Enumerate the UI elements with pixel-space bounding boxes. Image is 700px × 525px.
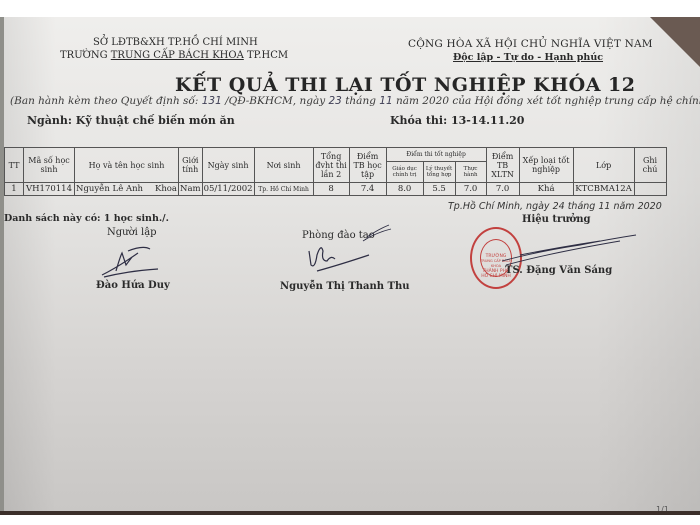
- cell-tt: 1: [5, 183, 24, 196]
- place-date: Tp.Hồ Chí Minh, ngày 24 tháng 11 năm 202…: [448, 201, 662, 212]
- header-full-name: Họ và tên học sinh: [75, 148, 179, 183]
- school-prefix: TRƯỜNG: [60, 50, 111, 61]
- principal-title: Hiệu trưởng: [522, 214, 590, 225]
- header-student-id: Mã số học sinh: [24, 148, 75, 183]
- preparer-signature-icon: [98, 245, 160, 279]
- document-title: KẾT QUẢ THI LẠI TỐT NGHIỆP KHÓA 12: [175, 74, 636, 96]
- cell-dob: 05/11/2002: [202, 183, 254, 196]
- header-birthplace: Nơi sinh: [254, 148, 313, 183]
- school-name-underlined: TRUNG CẤP BÁCH KHOA: [111, 50, 244, 61]
- cell-full-name: Nguyễn Lê AnhKhoa: [75, 183, 179, 196]
- header-avg: Điểm TB XLTN: [486, 148, 519, 183]
- cell-student-id: VH170114: [24, 183, 75, 196]
- cell-exam-politics: 8.0: [386, 183, 423, 196]
- preparer-title: Người lập: [107, 227, 157, 238]
- folded-corner: [650, 17, 700, 67]
- subtitle-part: năm 2020 của Hội đồng xét tốt nghiệp tru…: [393, 95, 700, 107]
- cell-avg: 7.0: [486, 183, 519, 196]
- table-row: 1 VH170114 Nguyễn Lê AnhKhoa Nam 05/11/2…: [5, 183, 667, 196]
- decision-number: 131: [202, 95, 222, 107]
- subtitle-part: /QĐ-BKHCM, ngày: [222, 95, 329, 107]
- cell-gpa: 7.4: [349, 183, 386, 196]
- header-exam-group: Điểm thi tốt nghiệp: [386, 148, 486, 162]
- ministry-name: SỞ LĐTB&XH TP.HỒ CHÍ MINH: [93, 37, 258, 48]
- header-exam-practice: Thực hành: [455, 162, 486, 183]
- place-year: năm 2020: [610, 201, 661, 212]
- school-name: TRƯỜNG TRUNG CẤP BÁCH KHOA TP.HCM: [60, 50, 288, 61]
- training-dept-signature-icon: [305, 215, 395, 287]
- national-motto: Độc lập - Tự do - Hạnh phúc: [453, 52, 603, 63]
- cell-note: [634, 183, 666, 196]
- cell-exam-theory: 5.5: [423, 183, 455, 196]
- place-month-prefix: tháng: [565, 201, 599, 212]
- cell-class: KTCBMA12A: [573, 183, 634, 196]
- header-credits: Tổng đvht thi lần 2: [313, 148, 349, 183]
- header-gender: Giới tính: [179, 148, 203, 183]
- header-exam-theory: Lý thuyết tổng hợp: [423, 162, 455, 183]
- exam-course-label: Khóa thi: 13-14.11.20: [390, 114, 524, 127]
- header-exam-politics: Giáo dục chính trị: [386, 162, 423, 183]
- cell-birthplace: Tp. Hồ Chí Minh: [254, 183, 313, 196]
- cell-exam-practice: 7.0: [455, 183, 486, 196]
- paper-left-edge: [0, 17, 4, 511]
- school-suffix: TP.HCM: [244, 50, 288, 61]
- header-rank: Xếp loại tốt nghiệp: [519, 148, 573, 183]
- cell-first-name: Khoa: [155, 184, 177, 194]
- major-label: Ngành: Kỹ thuật chế biến món ăn: [27, 114, 235, 127]
- header-gpa: Điểm TB học tập: [349, 148, 386, 183]
- nation-title: CỘNG HÒA XÃ HỘI CHỦ NGHĨA VIỆT NAM: [408, 38, 653, 50]
- subtitle-part: (Ban hành kèm theo Quyết định số:: [10, 95, 202, 107]
- cell-gender: Nam: [179, 183, 203, 196]
- student-count: Danh sách này có: 1 học sinh./.: [4, 213, 169, 224]
- preparer-name: Đào Hứa Duy: [96, 280, 170, 291]
- header-tt: TT: [5, 148, 24, 183]
- place-day: 24: [553, 201, 565, 212]
- header-dob: Ngày sinh: [202, 148, 254, 183]
- cell-credits: 8: [313, 183, 349, 196]
- results-table: TT Mã số học sinh Họ và tên học sinh Giớ…: [4, 147, 667, 196]
- cell-last-middle-name: Nguyễn Lê Anh: [76, 184, 143, 194]
- decision-day: 23: [328, 95, 341, 107]
- decision-month: 11: [379, 95, 392, 107]
- cell-rank: Khá: [519, 183, 573, 196]
- document-page: SỞ LĐTB&XH TP.HỒ CHÍ MINH TRƯỜNG TRUNG C…: [0, 17, 700, 511]
- header-note: Ghi chú: [634, 148, 666, 183]
- place-month: 11: [598, 201, 610, 212]
- training-dept-name: Nguyễn Thị Thanh Thu: [280, 281, 410, 292]
- document-subtitle: (Ban hành kèm theo Quyết định số: 131 /Q…: [10, 95, 700, 107]
- principal-name: TS. Đặng Văn Sáng: [505, 265, 612, 276]
- header-class: Lớp: [573, 148, 634, 183]
- place-date-prefix: Tp.Hồ Chí Minh, ngày: [448, 201, 553, 212]
- table-surface-edge: [0, 511, 700, 515]
- subtitle-part: tháng: [342, 95, 379, 107]
